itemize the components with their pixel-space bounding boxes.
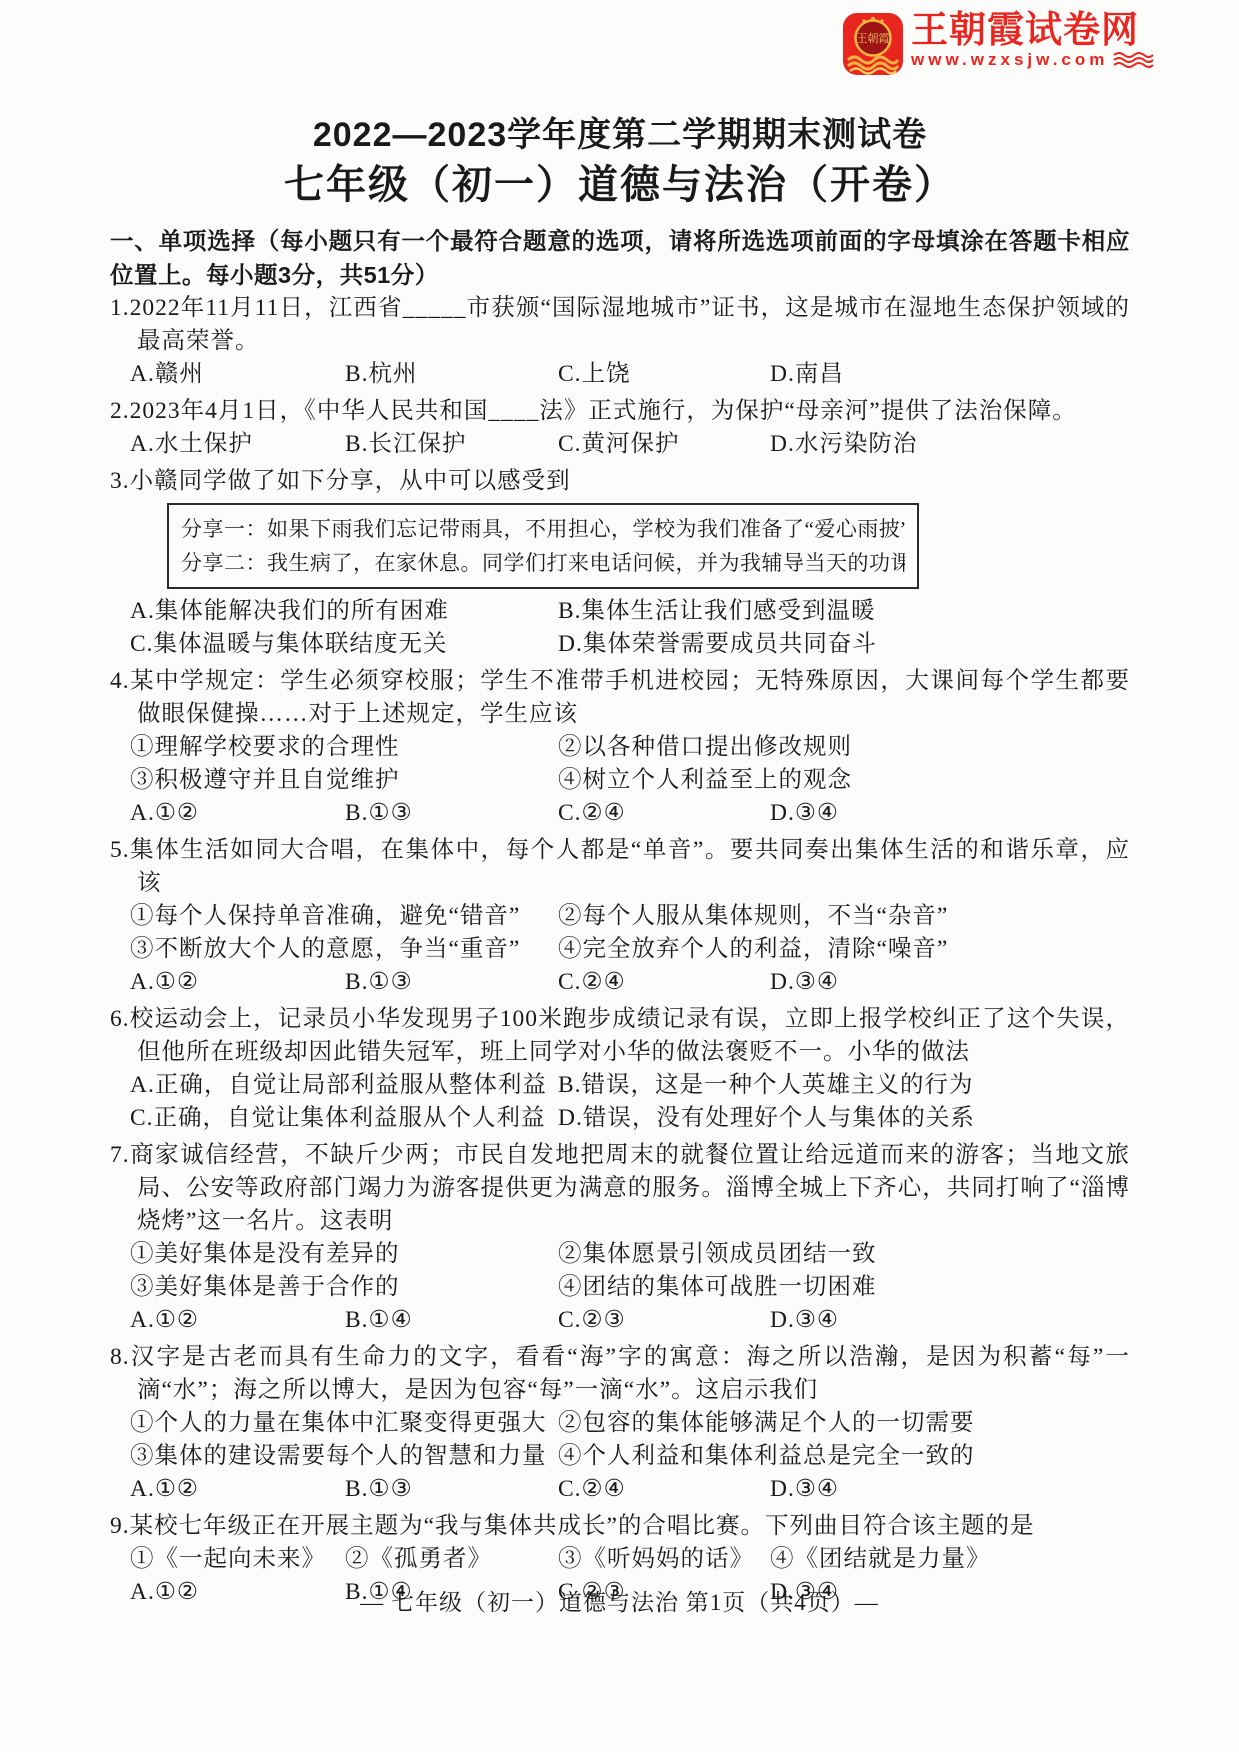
q8-answer-d: D.③④ xyxy=(770,1473,1130,1506)
question-8-items-row1: ①个人的力量在集体中汇聚变得更强大 ②包容的集体能够满足个人的一切需要 xyxy=(110,1407,1130,1440)
q3-option-c: C.集体温暖与集体联结度无关 xyxy=(130,628,558,661)
question-7-items-row2: ③美好集体是善于合作的 ④团结的集体可战胜一切困难 xyxy=(110,1271,1130,1304)
q6-option-b: B.错误，这是一种个人英雄主义的行为 xyxy=(558,1069,1130,1102)
question-8-answers: A.①② B.①③ C.②④ D.③④ xyxy=(110,1473,1130,1506)
seal-text: 王朝霞 xyxy=(857,31,890,45)
q4-answer-d: D.③④ xyxy=(770,797,1130,830)
q4-item-3: ③积极遵守并且自觉维护 xyxy=(130,764,558,797)
question-5-items-row1: ①每个人保持单音准确，避免“错音” ②每个人服从集体规则，不当“杂音” xyxy=(110,900,1130,933)
question-7-items-row1: ①美好集体是没有差异的 ②集体愿景引领成员团结一致 xyxy=(110,1238,1130,1271)
question-4-items-row1: ①理解学校要求的合理性 ②以各种借口提出修改规则 xyxy=(110,731,1130,764)
q2-option-d: D.水污染防治 xyxy=(770,428,1130,461)
q5-answer-a: A.①② xyxy=(130,966,345,999)
question-6-options-row1: A.正确，自觉让局部利益服从整体利益 B.错误，这是一种个人英雄主义的行为 xyxy=(110,1069,1130,1102)
question-5: 5.集体生活如同大合唱，在集体中，每个人都是“单音”。要共同奏出集体生活的和谐乐… xyxy=(110,834,1130,999)
q2-option-c: C.黄河保护 xyxy=(558,428,770,461)
q8-item-1: ①个人的力量在集体中汇聚变得更强大 xyxy=(130,1407,558,1440)
q5-answer-b: B.①③ xyxy=(345,966,558,999)
q4-item-4: ④树立个人利益至上的观念 xyxy=(558,764,1130,797)
question-8-items-row2: ③集体的建设需要每个人的智慧和力量 ④个人利益和集体利益总是完全一致的 xyxy=(110,1440,1130,1473)
q9-song-4: ④《团结就是力量》 xyxy=(770,1543,1130,1576)
question-4-stem: 4.某中学规定：学生必须穿校服；学生不准带手机进校园；无特殊原因，大课间每个学生… xyxy=(110,665,1130,731)
q4-item-2: ②以各种借口提出修改规则 xyxy=(558,731,1130,764)
site-logo: 王朝霞 王朝霞试卷网 www.wzxsjw.com xyxy=(842,10,1156,78)
question-4-items-row2: ③积极遵守并且自觉维护 ④树立个人利益至上的观念 xyxy=(110,764,1130,797)
q1-option-d: D.南昌 xyxy=(770,358,1130,391)
question-1-options: A.赣州 B.杭州 C.上饶 D.南昌 xyxy=(110,358,1130,391)
question-2-options: A.水土保护 B.长江保护 C.黄河保护 D.水污染防治 xyxy=(110,428,1130,461)
question-2-stem: 2.2023年4月1日，《中华人民共和国____法》正式施行，为保护“母亲河”提… xyxy=(110,395,1130,428)
question-1-stem: 1.2022年11月11日，江西省_____市获颁“国际湿地城市”证书，这是城市… xyxy=(110,292,1130,358)
exam-title-line2: 七年级（初一）道德与法治（开卷） xyxy=(110,158,1130,212)
page-footer: — 七年级（初一）道德与法治 第1页（共4页）— xyxy=(0,1584,1239,1617)
exam-page: 王朝霞 王朝霞试卷网 www.wzxsjw.com 2022—2023学年度第二… xyxy=(0,0,1239,1752)
wave-lines-icon xyxy=(1112,51,1156,69)
question-6: 6.校运动会上，记录员小华发现男子100米跑步成绩记录有误，立即上报学校纠正了这… xyxy=(110,1003,1130,1135)
q9-song-2: ②《孤勇者》 xyxy=(345,1543,558,1576)
question-7-stem: 7.商家诚信经营，不缺斤少两；市民自发地把周末的就餐位置让给远道而来的游客；当地… xyxy=(110,1139,1130,1238)
q5-answer-d: D.③④ xyxy=(770,966,1130,999)
question-9-stem: 9.某校七年级正在开展主题为“我与集体共成长”的合唱比赛。下列曲目符合该主题的是 xyxy=(110,1510,1130,1543)
q8-answer-c: C.②④ xyxy=(558,1473,770,1506)
q7-item-3: ③美好集体是善于合作的 xyxy=(130,1271,558,1304)
exam-body: 2022—2023学年度第二学期期末测试卷 七年级（初一）道德与法治（开卷） 一… xyxy=(0,0,1239,1609)
question-7-answers: A.①② B.①④ C.②③ D.③④ xyxy=(110,1304,1130,1337)
question-8-stem: 8.汉字是古老而具有生命力的文字，看看“海”字的寓意：海之所以浩瀚，是因为积蓄“… xyxy=(110,1341,1130,1407)
question-4-answers: A.①② B.①③ C.②④ D.③④ xyxy=(110,797,1130,830)
q3-option-b: B.集体生活让我们感受到温暖 xyxy=(558,595,1130,628)
question-3-options-row2: C.集体温暖与集体联结度无关 D.集体荣誉需要成员共同奋斗 xyxy=(110,628,1130,661)
site-logo-text: 王朝霞试卷网 www.wzxsjw.com xyxy=(911,10,1156,70)
q6-option-c: C.正确，自觉让集体利益服从个人利益 xyxy=(130,1102,558,1135)
section-1-heading: 一、单项选择（每小题只有一个最符合题意的选项，请将所选选项前面的字母填涂在答题卡… xyxy=(110,224,1130,292)
q4-answer-b: B.①③ xyxy=(345,797,558,830)
q7-item-2: ②集体愿景引领成员团结一致 xyxy=(558,1238,1130,1271)
question-6-options-row2: C.正确，自觉让集体利益服从个人利益 D.错误，没有处理好个人与集体的关系 xyxy=(110,1102,1130,1135)
q8-item-4: ④个人利益和集体利益总是完全一致的 xyxy=(558,1440,1130,1473)
q7-answer-b: B.①④ xyxy=(345,1304,558,1337)
q2-option-a: A.水土保护 xyxy=(130,428,345,461)
q8-answer-b: B.①③ xyxy=(345,1473,558,1506)
question-4: 4.某中学规定：学生必须穿校服；学生不准带手机进校园；无特殊原因，大课间每个学生… xyxy=(110,665,1130,830)
q8-item-3: ③集体的建设需要每个人的智慧和力量 xyxy=(130,1440,558,1473)
q6-option-d: D.错误，没有处理好个人与集体的关系 xyxy=(558,1102,1130,1135)
question-9-songs: ①《一起向未来》 ②《孤勇者》 ③《听妈妈的话》 ④《团结就是力量》 xyxy=(110,1543,1130,1576)
question-6-stem: 6.校运动会上，记录员小华发现男子100米跑步成绩记录有误，立即上报学校纠正了这… xyxy=(110,1003,1130,1069)
question-5-stem: 5.集体生活如同大合唱，在集体中，每个人都是“单音”。要共同奏出集体生活的和谐乐… xyxy=(110,834,1130,900)
share-line-1: 分享一：如果下雨我们忘记带雨具，不用担心，学校为我们准备了“爱心雨披”。 xyxy=(181,512,905,546)
site-name: 王朝霞试卷网 xyxy=(911,10,1156,50)
q5-item-2: ②每个人服从集体规则，不当“杂音” xyxy=(558,900,1130,933)
question-3-options-row1: A.集体能解决我们的所有困难 B.集体生活让我们感受到温暖 xyxy=(110,595,1130,628)
q7-answer-c: C.②③ xyxy=(558,1304,770,1337)
q5-item-4: ④完全放弃个人的利益，清除“噪音” xyxy=(558,933,1130,966)
question-1: 1.2022年11月11日，江西省_____市获颁“国际湿地城市”证书，这是城市… xyxy=(110,292,1130,391)
q1-option-b: B.杭州 xyxy=(345,358,558,391)
q5-item-1: ①每个人保持单音准确，避免“错音” xyxy=(130,900,558,933)
q7-item-1: ①美好集体是没有差异的 xyxy=(130,1238,558,1271)
share-box: 分享一：如果下雨我们忘记带雨具，不用担心，学校为我们准备了“爱心雨披”。 分享二… xyxy=(167,503,919,589)
question-5-items-row2: ③不断放大个人的意愿，争当“重音” ④完全放弃个人的利益，清除“噪音” xyxy=(110,933,1130,966)
q7-answer-d: D.③④ xyxy=(770,1304,1130,1337)
q9-song-3: ③《听妈妈的话》 xyxy=(558,1543,770,1576)
site-logo-seal-icon: 王朝霞 xyxy=(842,10,904,78)
question-3-stem: 3.小赣同学做了如下分享，从中可以感受到 xyxy=(110,465,1130,498)
question-7: 7.商家诚信经营，不缺斤少两；市民自发地把周末的就餐位置让给远道而来的游客；当地… xyxy=(110,1139,1130,1337)
site-url: www.wzxsjw.com xyxy=(911,50,1108,70)
question-5-answers: A.①② B.①③ C.②④ D.③④ xyxy=(110,966,1130,999)
question-3: 3.小赣同学做了如下分享，从中可以感受到 分享一：如果下雨我们忘记带雨具，不用担… xyxy=(110,465,1130,661)
question-8: 8.汉字是古老而具有生命力的文字，看看“海”字的寓意：海之所以浩瀚，是因为积蓄“… xyxy=(110,1341,1130,1506)
q8-item-2: ②包容的集体能够满足个人的一切需要 xyxy=(558,1407,1130,1440)
question-2: 2.2023年4月1日，《中华人民共和国____法》正式施行，为保护“母亲河”提… xyxy=(110,395,1130,461)
q4-item-1: ①理解学校要求的合理性 xyxy=(130,731,558,764)
q1-option-c: C.上饶 xyxy=(558,358,770,391)
q1-option-a: A.赣州 xyxy=(130,358,345,391)
q5-item-3: ③不断放大个人的意愿，争当“重音” xyxy=(130,933,558,966)
q2-option-b: B.长江保护 xyxy=(345,428,558,461)
q6-option-a: A.正确，自觉让局部利益服从整体利益 xyxy=(130,1069,558,1102)
q7-answer-a: A.①② xyxy=(130,1304,345,1337)
q3-option-a: A.集体能解决我们的所有困难 xyxy=(130,595,558,628)
q9-song-1: ①《一起向未来》 xyxy=(130,1543,345,1576)
share-line-2: 分享二：我生病了，在家休息。同学们打来电话问候，并为我辅导当天的功课。 xyxy=(181,546,905,580)
q8-answer-a: A.①② xyxy=(130,1473,345,1506)
q3-option-d: D.集体荣誉需要成员共同奋斗 xyxy=(558,628,1130,661)
q5-answer-c: C.②④ xyxy=(558,966,770,999)
q4-answer-a: A.①② xyxy=(130,797,345,830)
q7-item-4: ④团结的集体可战胜一切困难 xyxy=(558,1271,1130,1304)
q4-answer-c: C.②④ xyxy=(558,797,770,830)
